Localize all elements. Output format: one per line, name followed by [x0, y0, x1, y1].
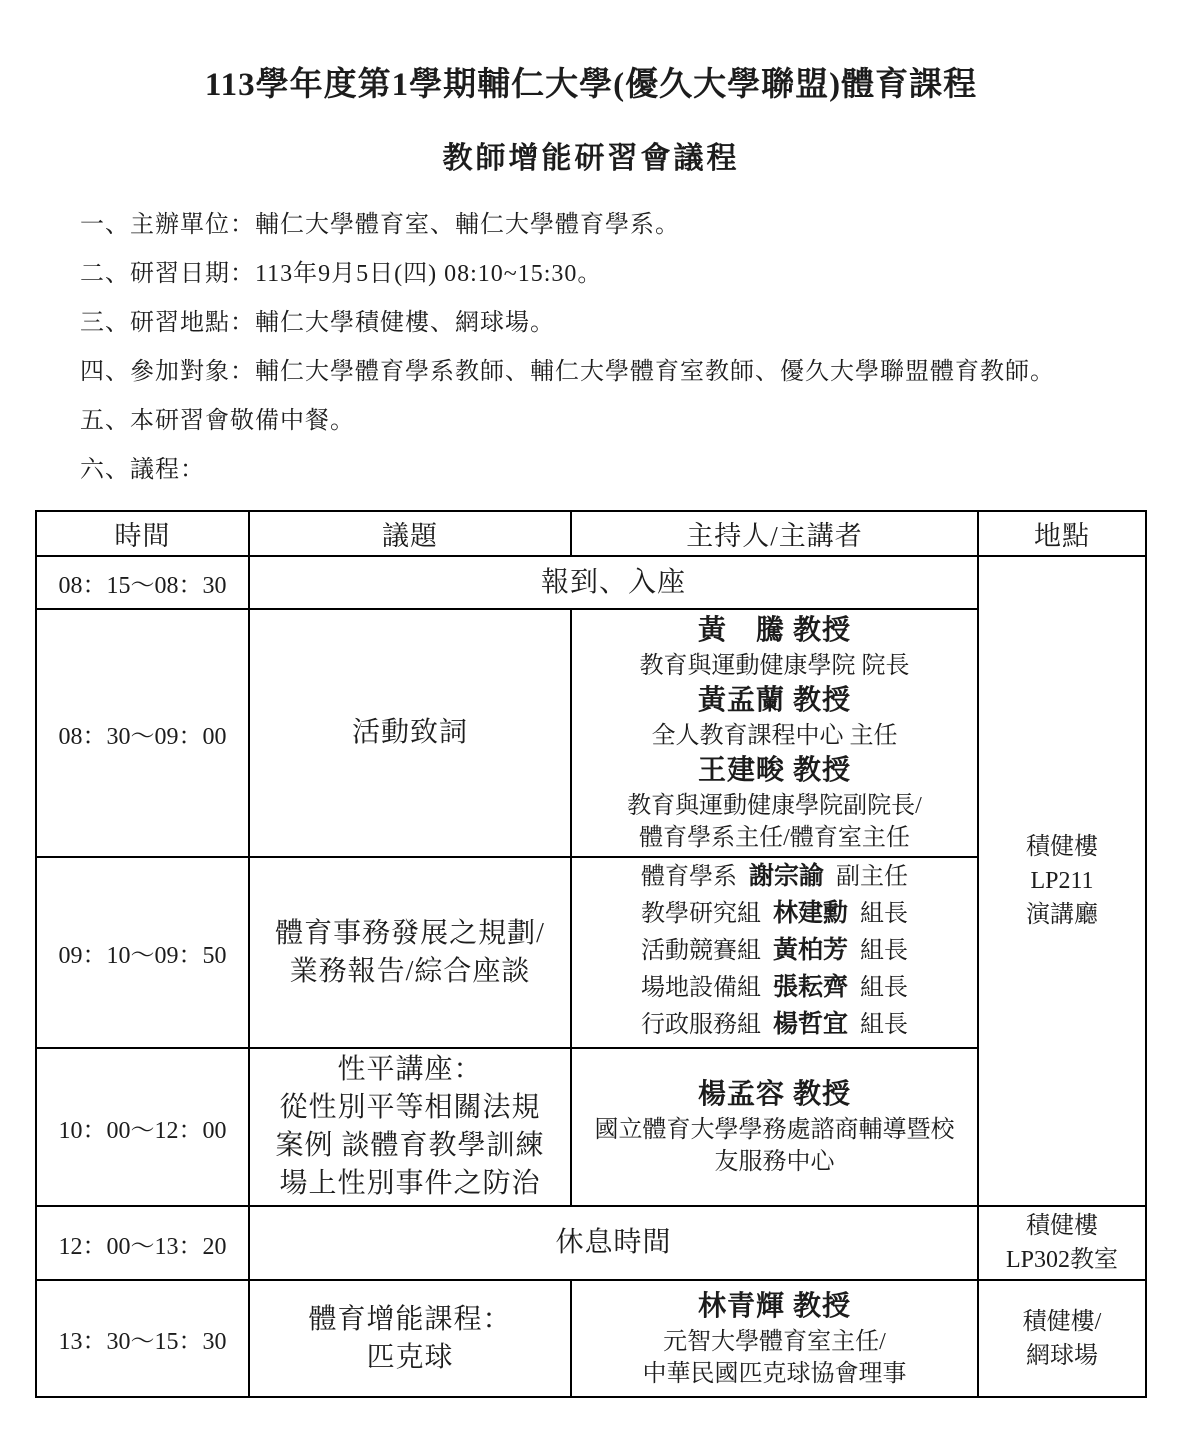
staff-unit: 行政服務組 — [641, 1012, 761, 1038]
staff-name: 謝宗諭 — [749, 863, 824, 890]
speaker-cell: 楊孟容 教授 國立體育大學學務處諮商輔導暨校 友服務中心 — [571, 1048, 978, 1206]
staff-unit: 體育學系 — [641, 864, 737, 890]
staff-line: 教學研究組林建勳組長 — [641, 897, 908, 934]
speaker-title: 教育與運動健康學院 院長 — [576, 650, 973, 682]
speaker-cell: 林青輝 教授 元智大學體育室主任/ 中華民國匹克球協會理事 — [571, 1280, 978, 1397]
staff-line: 行政服務組楊哲宜組長 — [641, 1008, 908, 1045]
speaker-title: 全人教育課程中心 主任 — [576, 720, 973, 752]
staff-unit: 教學研究組 — [641, 901, 761, 927]
agenda-header-row: 時間 議題 主持人/主講者 地點 — [36, 511, 1146, 556]
time-cell: 12：00～13：20 — [36, 1206, 249, 1280]
staff-unit: 活動競賽組 — [641, 938, 761, 964]
agenda-table: 時間 議題 主持人/主講者 地點 08：15～08：30 報到、入座 積健樓 L… — [35, 510, 1147, 1398]
topic-cell: 體育事務發展之規劃/ 業務報告/綜合座談 — [249, 857, 571, 1048]
col-header-time: 時間 — [36, 511, 249, 556]
speaker-name: 王建畯 教授 — [576, 752, 973, 790]
speaker-name: 黃孟蘭 教授 — [576, 682, 973, 720]
topic-cell: 體育增能課程： 匹克球 — [249, 1280, 571, 1397]
info-list: 一、主辦單位：輔仁大學體育室、輔仁大學體育學系。 二、研習日期：113年9月5日… — [80, 213, 1122, 482]
info-item-date: 二、研習日期：113年9月5日(四) 08:10~15:30。 — [80, 262, 1122, 286]
staff-list: 體育學系謝宗諭副主任 教學研究組林建勳組長 活動競賽組黃柏芳組長 場地設備組張耘… — [641, 860, 908, 1045]
speaker-name: 楊孟容 教授 — [576, 1076, 973, 1114]
speaker-title: 教育與運動健康學院副院長/ 體育學系主任/體育室主任 — [576, 790, 973, 854]
col-header-speaker: 主持人/主講者 — [571, 511, 978, 556]
staff-role: 組長 — [860, 975, 908, 1001]
info-item-organizer: 一、主辦單位：輔仁大學體育室、輔仁大學體育學系。 — [80, 213, 1122, 237]
time-cell: 08：15～08：30 — [36, 556, 249, 609]
time-cell: 10：00～12：00 — [36, 1048, 249, 1206]
topic-cell: 活動致詞 — [249, 609, 571, 857]
location-cell: 積健樓 LP302教室 — [978, 1206, 1146, 1280]
speaker-cell: 體育學系謝宗諭副主任 教學研究組林建勳組長 活動競賽組黃柏芳組長 場地設備組張耘… — [571, 857, 978, 1048]
col-header-location: 地點 — [978, 511, 1146, 556]
agenda-row-break: 12：00～13：20 休息時間 積健樓 LP302教室 — [36, 1206, 1146, 1280]
document-page: 113學年度第1學期輔仁大學(優久大學聯盟)體育課程 教師增能研習會議程 一、主… — [0, 0, 1182, 1441]
time-cell: 09：10～09：50 — [36, 857, 249, 1048]
time-cell: 13：30～15：30 — [36, 1280, 249, 1397]
staff-role: 組長 — [860, 938, 908, 964]
info-item-agenda-label: 六、議程： — [80, 458, 1122, 482]
staff-line: 場地設備組張耘齊組長 — [641, 971, 908, 1008]
speaker-cell: 黃 騰 教授 教育與運動健康學院 院長 黃孟蘭 教授 全人教育課程中心 主任 王… — [571, 609, 978, 857]
speaker-name: 黃 騰 教授 — [576, 612, 973, 650]
topic-cell: 休息時間 — [249, 1206, 978, 1280]
speaker-name: 林青輝 教授 — [576, 1288, 973, 1326]
staff-name: 楊哲宜 — [773, 1011, 848, 1038]
info-item-lunch: 五、本研習會敬備中餐。 — [80, 409, 1122, 433]
location-cell: 積健樓/ 網球場 — [978, 1280, 1146, 1397]
agenda-row-pickleball-course: 13：30～15：30 體育增能課程： 匹克球 林青輝 教授 元智大學體育室主任… — [36, 1280, 1146, 1397]
staff-role: 組長 — [860, 1012, 908, 1038]
topic-cell: 性平講座： 從性別平等相關法規 案例 談體育教學訓練 場上性別事件之防治 — [249, 1048, 571, 1206]
staff-role: 組長 — [860, 901, 908, 927]
info-item-participants: 四、參加對象：輔仁大學體育學系教師、輔仁大學體育室教師、優久大學聯盟體育教師。 — [80, 360, 1122, 384]
speaker-title: 國立體育大學學務處諮商輔導暨校 友服務中心 — [576, 1114, 973, 1178]
staff-line: 活動競賽組黃柏芳組長 — [641, 934, 908, 971]
col-header-topic: 議題 — [249, 511, 571, 556]
location-cell-merged: 積健樓 LP211 演講廳 — [978, 556, 1146, 1206]
staff-name: 張耘齊 — [773, 974, 848, 1001]
staff-role: 副主任 — [836, 864, 908, 890]
staff-name: 黃柏芳 — [773, 937, 848, 964]
staff-line: 體育學系謝宗諭副主任 — [641, 860, 908, 897]
speaker-title: 元智大學體育室主任/ 中華民國匹克球協會理事 — [576, 1326, 973, 1390]
document-title-line1: 113學年度第1學期輔仁大學(優久大學聯盟)體育課程 — [0, 0, 1182, 105]
info-item-venue: 三、研習地點：輔仁大學積健樓、網球場。 — [80, 311, 1122, 335]
staff-unit: 場地設備組 — [641, 975, 761, 1001]
agenda-row-checkin: 08：15～08：30 報到、入座 積健樓 LP211 演講廳 — [36, 556, 1146, 609]
staff-name: 林建勳 — [773, 900, 848, 927]
topic-cell: 報到、入座 — [249, 556, 978, 609]
document-title-line2: 教師增能研習會議程 — [0, 133, 1182, 177]
time-cell: 08：30～09：00 — [36, 609, 249, 857]
